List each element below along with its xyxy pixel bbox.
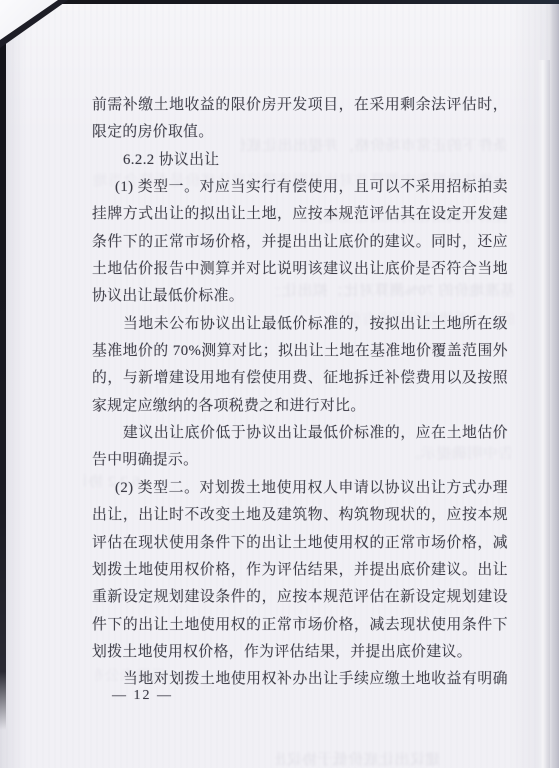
text-line: 基准地价的 70%测算对比；拟出让土地在基准地价覆盖范围外 bbox=[92, 338, 508, 365]
text-line: 条件下的正常市场价格，并提出出让底价的建议。同时，还应在 bbox=[92, 229, 508, 256]
text-block: 前需补缴土地收益的限价房开发项目，在采用剩余法评估时，按限定的房价取值。6.2.… bbox=[92, 92, 508, 694]
text-line: 协议出让最低价标准。 bbox=[92, 283, 508, 310]
page-number: — 12 — bbox=[112, 688, 173, 704]
text-line: 告中明确提示。 bbox=[92, 447, 508, 474]
page-crease-right bbox=[538, 60, 550, 768]
text-line: 前需补缴土地收益的限价房开发项目，在采用剩余法评估时，按 bbox=[92, 92, 508, 119]
text-line: 划拨土地使用权价格，作为评估结果，并提出底价建议。 bbox=[92, 639, 508, 666]
scan-edge-top bbox=[0, 0, 559, 4]
text-line: (1) 类型一。对应当实行有偿使用，且可以不采用招标拍卖 bbox=[92, 174, 508, 201]
text-line: 限定的房价取值。 bbox=[92, 119, 508, 146]
document-page: 条件下的正常市场价格，并提出出让底价的建议。同时，还应在 土地估价报告中测算并对… bbox=[0, 0, 559, 768]
text-line: 出让，出让时不改变土地及建筑物、构筑物现状的，应按本规范 bbox=[92, 502, 508, 529]
text-line: 划拨土地使用权价格，作为评估结果，并提出底价建议。出让时 bbox=[92, 557, 508, 584]
text-line: 土地估价报告中测算并对比说明该建议出让底价是否符合当地的 bbox=[92, 256, 508, 283]
text-line: 评估在现状使用条件下的出让土地使用权的正常市场价格，减去 bbox=[92, 530, 508, 557]
text-line: (2) 类型二。对划拨土地使用权人申请以协议出让方式办理 bbox=[92, 475, 508, 502]
text-line: 重新设定规划建设条件的，应按本规范评估在新设定规划建设条 bbox=[92, 584, 508, 611]
ghost-line: 建议出让底价低于协议出让最低价标准的，应在土地估价报 bbox=[275, 752, 440, 768]
section-heading-line: 6.2.2 协议出让 bbox=[92, 147, 508, 174]
text-line: 的，与新增建设用地有偿使用费、征地拆迁补偿费用以及按照国 bbox=[92, 365, 508, 392]
text-line: 当地未公布协议出让最低价标准的，按拟出让土地所在级别 bbox=[92, 311, 508, 338]
text-line: 件下的出让土地使用权的正常市场价格，减去现状使用条件下的 bbox=[92, 612, 508, 639]
text-line: 建议出让底价低于协议出让最低价标准的，应在土地估价报 bbox=[92, 420, 508, 447]
scan-edge-right bbox=[550, 0, 559, 768]
scan-edge-left bbox=[0, 0, 6, 730]
text-line: 家规定应缴纳的各项税费之和进行对比。 bbox=[92, 393, 508, 420]
text-line: 挂牌方式出让的拟出让土地，应按本规范评估其在设定开发建设 bbox=[92, 201, 508, 228]
